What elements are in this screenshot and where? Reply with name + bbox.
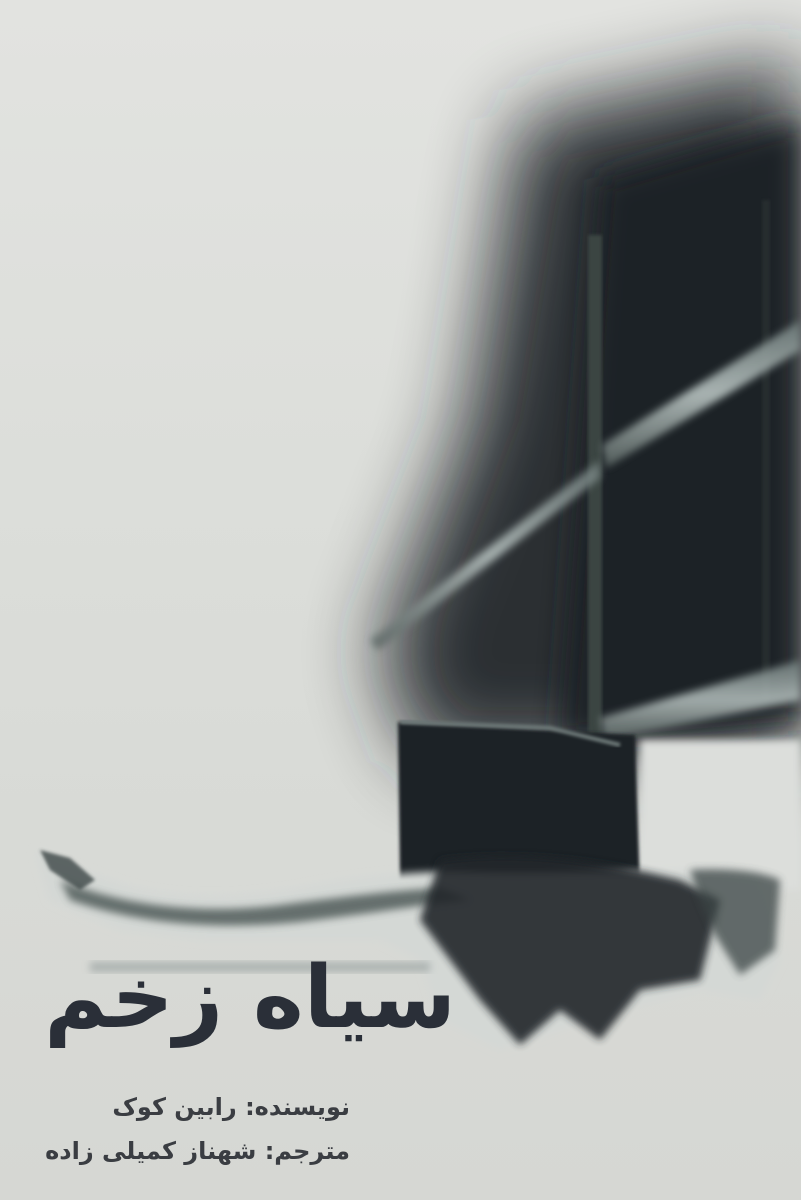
credits: نویسنده: رابین کوک مترجم: شهناز کمیلی زا… [60, 1085, 350, 1173]
translator-line: مترجم: شهناز کمیلی زاده [60, 1129, 350, 1173]
book-title: سیاه زخم [40, 955, 460, 1041]
author-line: نویسنده: رابین کوک [60, 1085, 350, 1129]
book-cover: سیاه زخم نویسنده: رابین کوک مترجم: شهناز… [0, 0, 801, 1200]
